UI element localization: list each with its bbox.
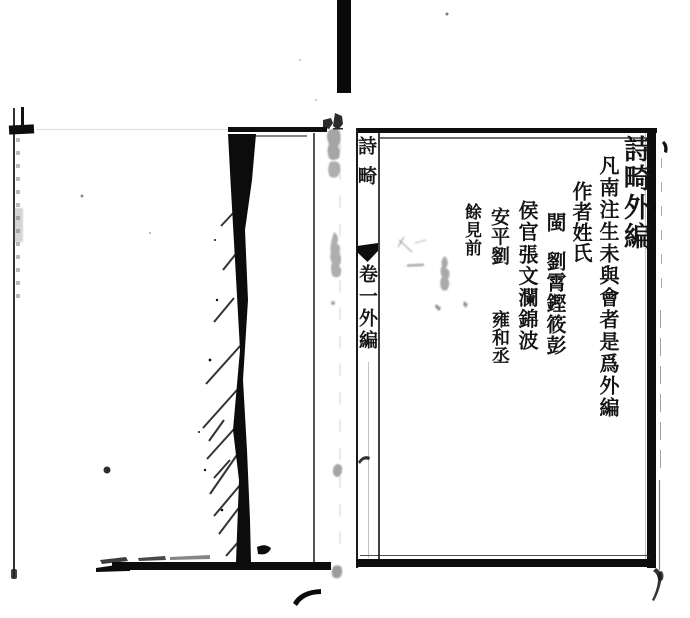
left-strip-faint-marks bbox=[14, 138, 23, 302]
right-edge-marks bbox=[652, 141, 668, 601]
fishtail-mark bbox=[357, 243, 378, 262]
inner-left-hook-mark bbox=[358, 456, 370, 464]
top-character-fragments bbox=[323, 113, 343, 130]
ink-marks-layer bbox=[0, 0, 690, 618]
bottom-hook-mark bbox=[293, 589, 321, 606]
show-through-marks bbox=[327, 129, 342, 578]
gutter-shadow bbox=[198, 134, 271, 562]
stray-specks bbox=[81, 13, 449, 474]
book-scan: 詩畸 卷一外編 詩畸外編 凡南注生未與會者是爲外編 作者姓氏 閩 劉霄鏗筱彭 侯… bbox=[0, 0, 690, 618]
right-page-smudges bbox=[398, 237, 468, 311]
left-page-bottom-ragged-edge bbox=[96, 555, 210, 572]
